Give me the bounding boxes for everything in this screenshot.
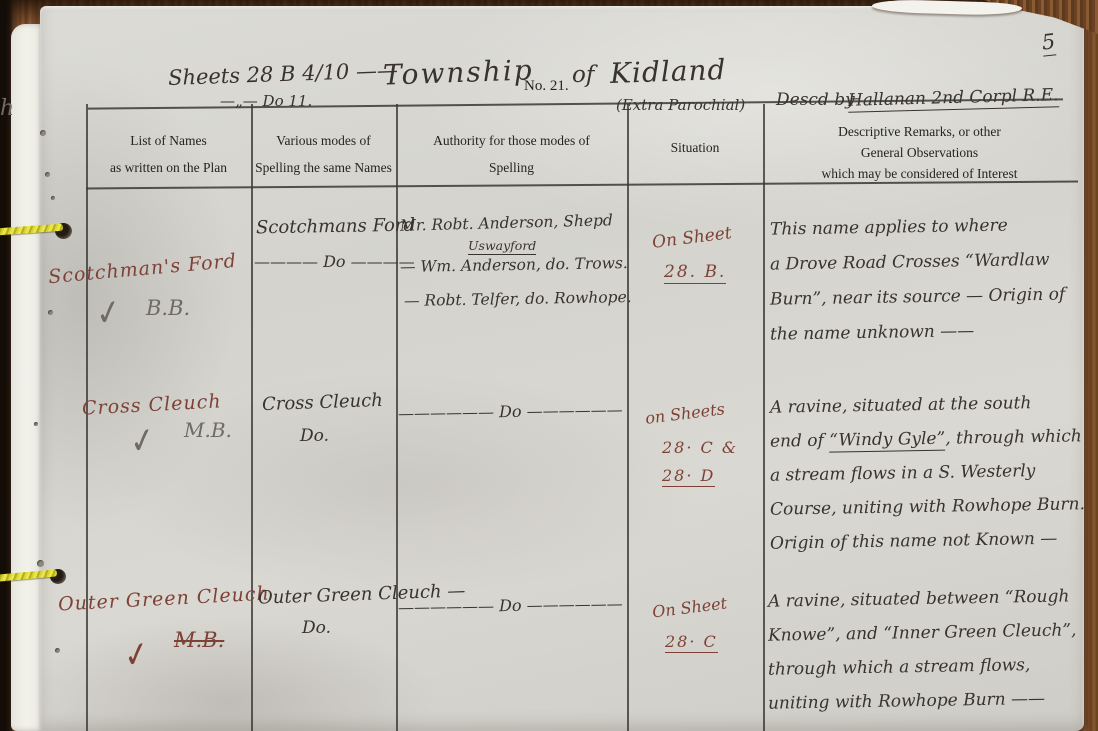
remarks-line: Origin of this name not Known — <box>770 521 1081 560</box>
remarks-line: This name applies to where <box>770 207 1077 247</box>
remarks-line: Knowe”, and “Inner Green Cleuch”, <box>768 613 1081 652</box>
mode-of-spelling: Cross Cleuch <box>262 390 384 415</box>
column-divider-3 <box>627 104 629 731</box>
remarks-line: A ravine, situated between “Rough <box>768 579 1081 618</box>
mode-of-spelling-ditto: Do. <box>300 426 329 446</box>
sheets-reference: Sheets 28 B 4/10 —— <box>168 58 399 90</box>
entry-name: Cross Cleuch <box>82 390 223 419</box>
authority-entry-place: Uswayford <box>468 238 536 255</box>
name-book-page-scan: h 5 Sheets 28 B 4/10 —— —„— Do 11. Towns… <box>0 0 1098 731</box>
remarks-line: through which a stream flows, <box>768 647 1081 686</box>
authority-entry: —————— Do —————— <box>398 400 623 423</box>
column-header-authority: Authority for those modes of Spelling <box>396 127 627 181</box>
of-label: of <box>572 62 594 88</box>
mode-of-spelling-ditto: ———— Do ———— <box>254 252 415 271</box>
situation-sheet-number: 28· C <box>665 632 718 653</box>
column-header-line: General Observations <box>763 142 1076 163</box>
column-header-line: Spelling the same Names <box>251 154 396 181</box>
remarks-text: , through which <box>945 426 1082 448</box>
remarks-text: end of <box>770 431 830 452</box>
column-header-line: Authority for those modes of <box>396 127 627 154</box>
check-mark: ✓ <box>121 633 152 678</box>
initials-annotation: B.B. <box>146 296 190 320</box>
entry-name: Outer Green Cleuch <box>58 582 271 615</box>
small-hole <box>40 130 46 136</box>
underlined-place-name: “Windy Gyle” <box>829 429 945 453</box>
column-header-remarks: Descriptive Remarks, or other General Ob… <box>763 121 1076 184</box>
place-name: Kidland <box>609 53 726 90</box>
prev-page-writing-fragment: h <box>0 96 14 121</box>
small-hole <box>45 172 50 177</box>
remarks-line: Course, uniting with Rowhope Burn. <box>770 487 1081 526</box>
small-hole <box>34 422 38 426</box>
column-divider-4 <box>763 104 765 731</box>
column-header-situation: Situation <box>627 140 763 156</box>
small-hole <box>37 560 44 567</box>
authority-entry: —————— Do —————— <box>398 594 623 617</box>
entry-name: Scotchman's Ford <box>47 250 237 288</box>
column-header-line: List of Names <box>86 127 251 154</box>
mode-of-spelling-ditto: Do. <box>302 618 331 638</box>
page-number: 5 <box>1041 29 1057 56</box>
situation-sheet-number: 28. B. <box>664 262 726 284</box>
column-header-line: Spelling <box>396 154 627 181</box>
situation-sheet-number: 28· C & <box>662 438 738 457</box>
initials-annotation-struck: M.B. <box>174 628 224 652</box>
column-header-names: List of Names as written on the Plan <box>86 127 251 181</box>
situation-sheet-label: On Sheet <box>651 223 733 253</box>
column-header-line: as written on the Plan <box>86 154 251 181</box>
small-hole <box>51 196 55 200</box>
binding-string <box>0 224 63 236</box>
situation-sheet-label: On Sheet <box>651 593 728 621</box>
binding-string <box>0 569 57 581</box>
remarks-line: a stream flows in a S. Westerly <box>770 453 1081 492</box>
column-divider-1 <box>251 104 253 731</box>
township-number: No. 21. <box>524 78 569 95</box>
column-header-line: Various modes of <box>251 127 396 154</box>
column-header-line: which may be considered of Interest <box>763 163 1076 184</box>
authority-entry: Mr. Robt. Anderson, Shepd <box>400 211 613 235</box>
remarks-line: A ravine, situated at the south <box>770 385 1081 424</box>
remarks-line: Burn”, near its source — Origin of <box>770 277 1077 317</box>
column-header-modes: Various modes of Spelling the same Names <box>251 127 396 181</box>
page-content: h 5 Sheets 28 B 4/10 —— —„— Do 11. Towns… <box>0 0 1098 731</box>
mode-of-spelling: Scotchmans Ford <box>256 215 415 239</box>
remarks-line: the name unknown —— <box>770 312 1077 352</box>
column-header-line: Descriptive Remarks, or other <box>763 121 1076 142</box>
small-hole <box>48 310 53 315</box>
check-mark: ✓ <box>93 291 124 336</box>
column-header-line: Situation <box>627 140 763 156</box>
extra-parochial-note: (Extra Parochial) <box>616 96 745 114</box>
check-mark: ✓ <box>127 419 158 464</box>
situation-sheet-label: on Sheets <box>644 399 726 428</box>
township-title: Township <box>382 53 534 91</box>
authority-entry: — Wm. Anderson, do. Trows. <box>400 254 628 276</box>
remarks-line: uniting with Rowhope Burn —— <box>768 681 1081 720</box>
descriptive-remarks: This name applies to where a Drove Road … <box>770 210 1076 350</box>
descriptive-remarks: A ravine, situated at the south end of “… <box>770 388 1080 558</box>
small-hole <box>55 648 60 653</box>
situation-sheet-number: 28· D <box>662 466 715 487</box>
initials-annotation: M.B. <box>184 418 232 442</box>
authority-entry: — Robt. Telfer, do. Rowhope. <box>404 288 632 310</box>
descriptive-remarks: A ravine, situated between “Rough Knowe”… <box>768 582 1080 718</box>
remarks-line: end of “Windy Gyle”, through which <box>770 419 1081 458</box>
remarks-line: a Drove Road Crosses “Wardlaw <box>770 242 1077 282</box>
